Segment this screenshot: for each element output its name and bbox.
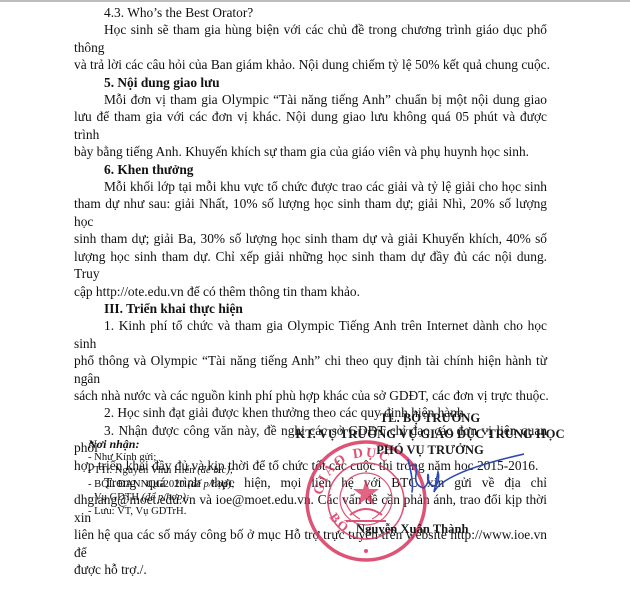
text-line: cập http://ote.edu.vn để có thêm thông t… <box>74 283 547 300</box>
document-page: 4.3. Who’s the Best Orator? Học sinh sẽ … <box>0 2 630 600</box>
paragraph-III-1: 1. Kinh phí tổ chức và tham gia Olympic … <box>74 317 547 404</box>
section-heading-6: 6. Khen thưởng <box>74 161 547 178</box>
text-line: Mỗi đơn vị tham gia Olympic “Tài năng ti… <box>74 91 547 108</box>
recipient-item: - BQL ĐANNQG2020 (để p/hợp); <box>88 478 235 491</box>
recipients-block: Nơi nhận: - Như Kính gửi; - TTr. Nguyễn … <box>88 437 235 518</box>
signature-title-2: KT. VỤ TRƯỞNG VỤ GIÁO DỤC TRUNG HỌC <box>270 426 590 442</box>
text-line: Mỗi khối lớp tại mỗi khu vực tổ chức đượ… <box>74 178 547 195</box>
section-heading-III: III. Triển khai thực hiện <box>74 300 547 317</box>
recipients-title: Nơi nhận: <box>88 437 235 451</box>
text-line: bày bằng tiếng Anh. Khuyến khích sự tham… <box>74 143 547 160</box>
section-heading-4-3: 4.3. Who’s the Best Orator? <box>74 4 547 21</box>
text-line: tham dự như sau: giải Nhất, 10% số lượng… <box>74 195 547 230</box>
text-line: lượng học sinh tham dự. Chỉ xếp giải nhữ… <box>74 248 547 283</box>
handwritten-signature-icon <box>404 452 524 502</box>
paragraph-4-3: Học sinh sẽ tham gia hùng biện với các c… <box>74 21 547 73</box>
text-line: sinh tham dự; giải Ba, 30% số lượng học … <box>74 230 547 247</box>
recipient-item: - Vụ GDTH (để p/hợp); <box>88 491 235 504</box>
text-line: sách nhà nước và các nguồn kinh phí phù … <box>74 387 547 404</box>
recipient-item: - Như Kính gửi; <box>88 451 235 464</box>
text-line: 1. Kinh phí tổ chức và tham gia Olympic … <box>74 317 547 352</box>
signature-block: TL. BỘ TRƯỞNG KT. VỤ TRƯỞNG VỤ GIÁO DỤC … <box>270 410 590 458</box>
paragraph-6: Mỗi khối lớp tại mỗi khu vực tổ chức đượ… <box>74 178 547 300</box>
text-line: phổ thông và Olympic “Tài năng tiếng Anh… <box>74 352 547 387</box>
text-line: được hỗ trợ./. <box>74 561 547 578</box>
signer-name: Nguyễn Xuân Thành <box>356 522 468 537</box>
text-line: lưu để tham gia với các đơn vị khác. Nội… <box>74 108 547 143</box>
recipient-item: - TTr. Nguyễn Vinh Hiển (để b/c); <box>88 464 235 477</box>
signature-title-1: TL. BỘ TRƯỞNG <box>270 410 590 426</box>
recipient-item: - Lưu: VT, Vụ GDTrH. <box>88 505 235 518</box>
text-line: và trả lời các câu hỏi của Ban giám khảo… <box>74 56 547 73</box>
paragraph-5: Mỗi đơn vị tham gia Olympic “Tài năng ti… <box>74 91 547 161</box>
section-heading-5: 5. Nội dung giao lưu <box>74 74 547 91</box>
text-line: Học sinh sẽ tham gia hùng biện với các c… <box>74 21 547 56</box>
